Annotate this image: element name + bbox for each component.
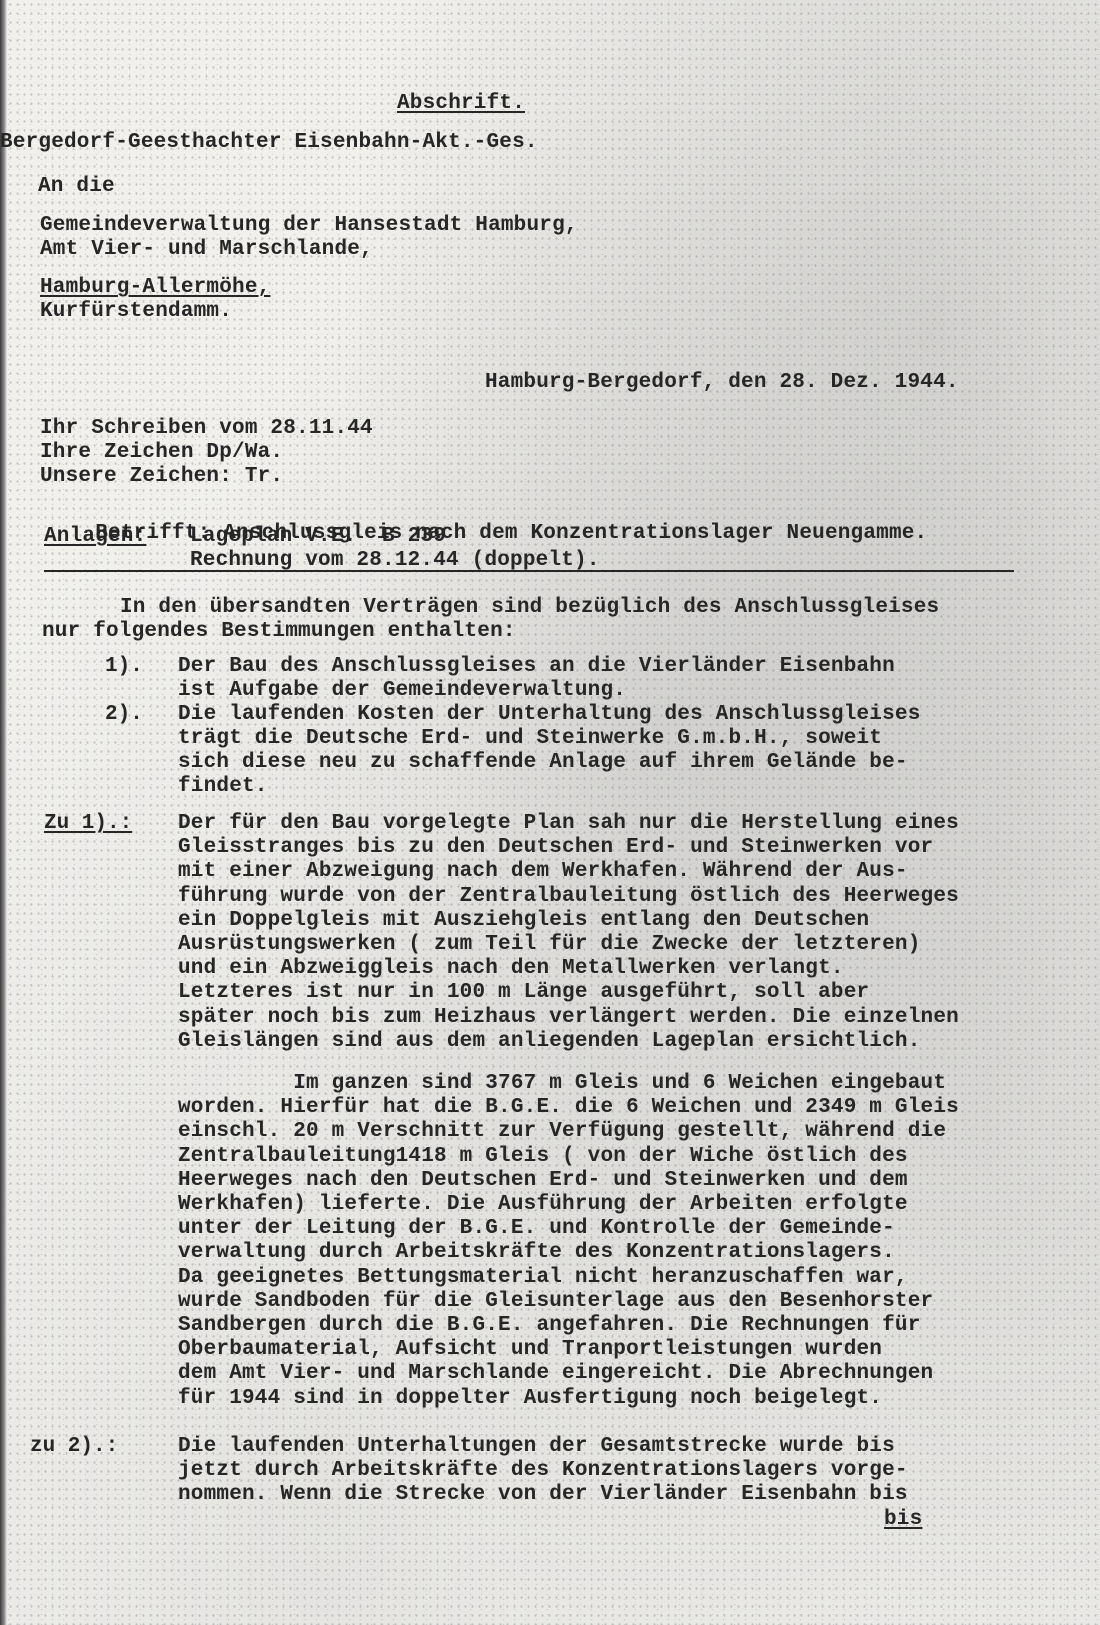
body-line: später noch bis zum Heizhaus verlängert … xyxy=(178,1006,959,1030)
body-line: und ein Abzweiggleis nach den Metallwerk… xyxy=(178,957,844,981)
body-line: Gleisstranges bis zu den Deutschen Erd- … xyxy=(178,836,933,860)
provision-line: ist Aufgabe der Gemeindeverwaltung. xyxy=(178,679,626,703)
reference-line: Unsere Zeichen: Tr. xyxy=(40,465,283,489)
document-page: Abschrift. Bergedorf-Geesthachter Eisenb… xyxy=(0,0,1100,1625)
body-line: ein Doppelgleis mit Ausziehgleis entlang… xyxy=(178,909,869,933)
body-line: für 1944 sind in doppelter Ausfertigung … xyxy=(178,1387,882,1411)
scan-edge-shadow xyxy=(0,0,7,1625)
body-line: worden. Hierfür hat die B.G.E. die 6 Wei… xyxy=(178,1096,959,1120)
provision-number: 1). xyxy=(105,655,143,678)
attachments-label: Anlagen: xyxy=(44,525,146,549)
recipient-line-1: Gemeindeverwaltung der Hansestadt Hambur… xyxy=(40,214,578,238)
body-line: Sandbergen durch die B.G.E. angefahren. … xyxy=(178,1314,921,1338)
intro-line: nur folgendes Bestimmungen enthalten: xyxy=(42,620,516,644)
intro-line: In den übersandten Verträgen sind bezügl… xyxy=(120,596,939,620)
sender-name: Bergedorf-Geesthachter Eisenbahn-Akt.-Ge… xyxy=(0,131,538,155)
reference-line: Ihr Schreiben vom 28.11.44 xyxy=(40,417,373,441)
body-line: Zentralbauleitung1418 m Gleis ( von der … xyxy=(178,1145,908,1169)
provision-number: 2). xyxy=(105,703,143,726)
provision-line: sich diese neu zu schaffende Anlage auf … xyxy=(178,751,908,775)
place-date: Hamburg-Bergedorf, den 28. Dez. 1944. xyxy=(485,371,959,395)
body-line: jetzt durch Arbeitskräfte des Konzentrat… xyxy=(178,1459,908,1483)
body-line: Im ganzen sind 3767 m Gleis und 6 Weiche… xyxy=(178,1072,946,1096)
body-line: wurde Sandboden für die Gleisunterlage a… xyxy=(178,1290,933,1314)
body-line: Werkhafen) lieferte. Die Ausführung der … xyxy=(178,1193,908,1217)
body-line: dem Amt Vier- und Marschlande eingereich… xyxy=(178,1362,933,1386)
body-line: Letzteres ist nur in 100 m Länge ausgefü… xyxy=(178,981,869,1005)
recipient-line-2: Amt Vier- und Marschlande, xyxy=(40,238,373,262)
body-line: führung wurde von der Zentralbauleitung … xyxy=(178,885,959,909)
section-2-label: zu 2).: xyxy=(30,1435,118,1458)
body-line: einschl. 20 m Verschnitt zur Verfügung g… xyxy=(178,1120,946,1144)
body-line: nommen. Wenn die Strecke von der Vierlän… xyxy=(178,1483,908,1507)
document-heading: Abschrift. xyxy=(397,92,525,116)
body-line: verwaltung durch Arbeitskräfte des Konze… xyxy=(178,1241,895,1265)
attachment-item: Lageplan V.E. B 239 xyxy=(190,525,446,549)
recipient-line-3: Hamburg-Allermöhe, xyxy=(40,276,270,300)
body-line: Der für den Bau vorgelegte Plan sah nur … xyxy=(178,812,959,836)
attachment-item: Rechnung vom 28.12.44 (doppelt). xyxy=(190,549,600,573)
reference-line: Ihre Zeichen Dp/Wa. xyxy=(40,441,283,465)
body-line: Die laufenden Unterhaltungen der Gesamts… xyxy=(178,1435,895,1459)
continuation-catchword: bis xyxy=(884,1508,922,1532)
body-line: Oberbaumaterial, Aufsicht und Tranportle… xyxy=(178,1338,882,1362)
body-line: mit einer Abzweigung nach dem Werkhafen.… xyxy=(178,860,908,884)
recipient-line-4: Kurfürstendamm. xyxy=(40,300,232,324)
body-line: unter der Leitung der B.G.E. und Kontrol… xyxy=(178,1217,895,1241)
provision-line: Die laufenden Kosten der Unterhaltung de… xyxy=(178,703,921,727)
recipient-prefix: An die xyxy=(38,175,115,199)
body-line: Da geeignetes Bettungsmaterial nicht her… xyxy=(178,1266,908,1290)
body-line: Heerweges nach den Deutschen Erd- und St… xyxy=(178,1169,908,1193)
body-line: Gleislängen sind aus dem anliegenden Lag… xyxy=(178,1030,921,1054)
body-line: Ausrüstungswerken ( zum Teil für die Zwe… xyxy=(178,933,921,957)
provision-line: findet. xyxy=(178,775,268,799)
provision-line: trägt die Deutsche Erd- und Steinwerke G… xyxy=(178,727,882,751)
section-1-label: Zu 1).: xyxy=(44,812,132,835)
provision-line: Der Bau des Anschlussgleises an die Vier… xyxy=(178,655,895,679)
